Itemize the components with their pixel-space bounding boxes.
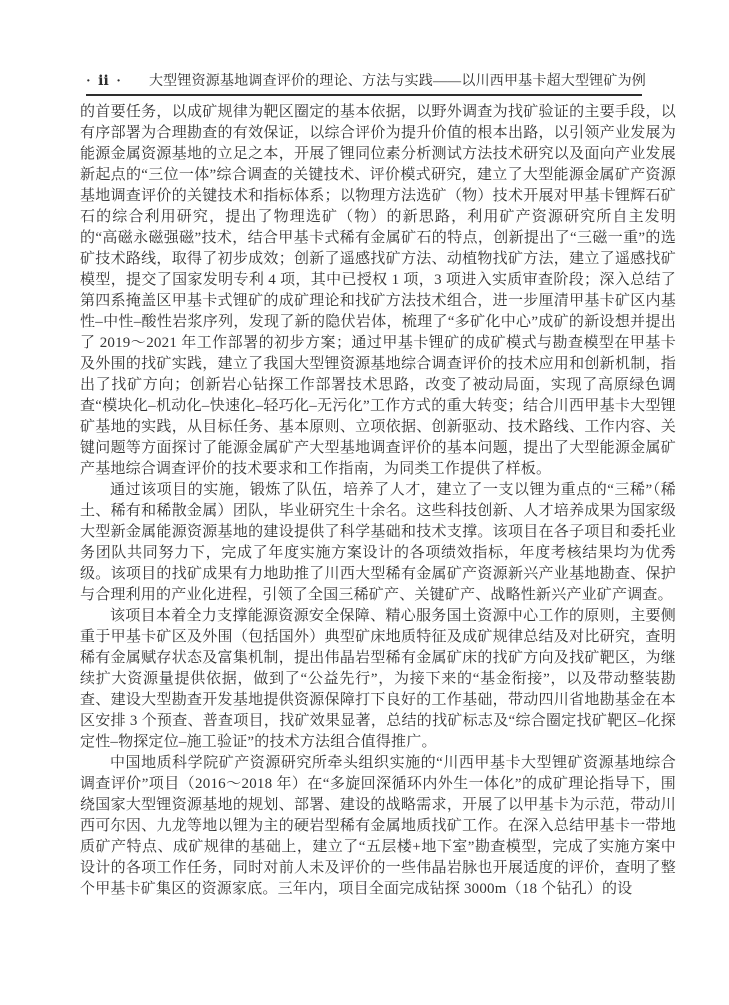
header-rule bbox=[86, 94, 642, 96]
paragraph-project-results: 通过该项目的实施，锻炼了队伍，培养了人才，建立了一支以锂为重点的“三稀”（稀土、… bbox=[80, 480, 676, 606]
page-header: · ⅱ · 大型锂资源基地调查评价的理论、方法与实践——以川西甲基卡超大型锂矿为… bbox=[86, 70, 642, 90]
book-page: · ⅱ · 大型锂资源基地调查评价的理论、方法与实践——以川西甲基卡超大型锂矿为… bbox=[0, 0, 729, 1005]
paragraph-continuation: 的首要任务，以成矿规律为靶区圈定的基本依据，以野外调查为找矿验证的主要手段，以有… bbox=[80, 102, 676, 480]
page-number: · ⅱ · bbox=[86, 73, 123, 90]
running-title: 大型锂资源基地调查评价的理论、方法与实践——以川西甲基卡超大型锂矿为例 bbox=[149, 70, 646, 90]
page-body: 的首要任务，以成矿规律为靶区圈定的基本依据，以野外调查为找矿验证的主要手段，以有… bbox=[80, 102, 676, 900]
paragraph-project-principles: 该项目本着全力支撑能源资源安全保障、精心服务国土资源中心工作的原则，主要侧重于甲… bbox=[80, 606, 676, 753]
paragraph-project-implementation: 中国地质科学院矿产资源研究所牵头组织实施的“川西甲基卡大型锂矿资源基地综合调查评… bbox=[80, 753, 676, 900]
